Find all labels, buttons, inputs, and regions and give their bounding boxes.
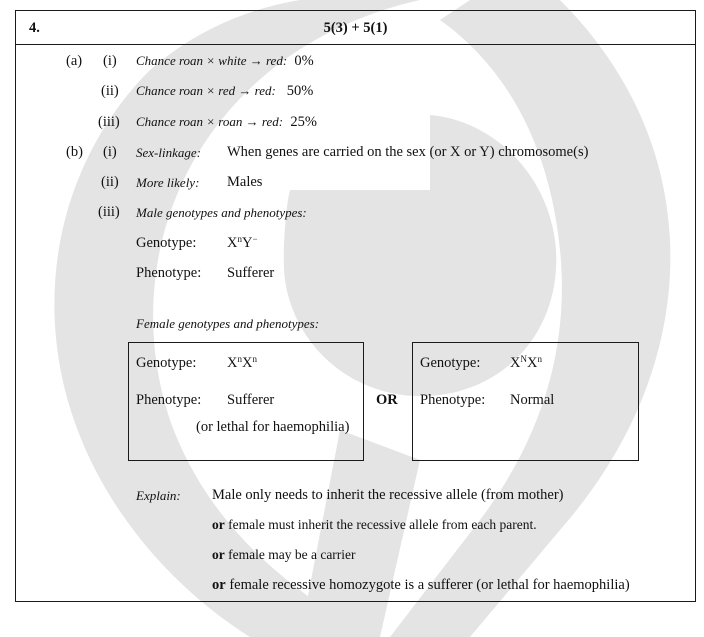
mark-scheme-table: 4. 5(3) + 5(1) [15,10,696,602]
question-header: 4. 5(3) + 5(1) [16,11,695,45]
marks-allocation: 5(3) + 5(1) [16,20,695,37]
